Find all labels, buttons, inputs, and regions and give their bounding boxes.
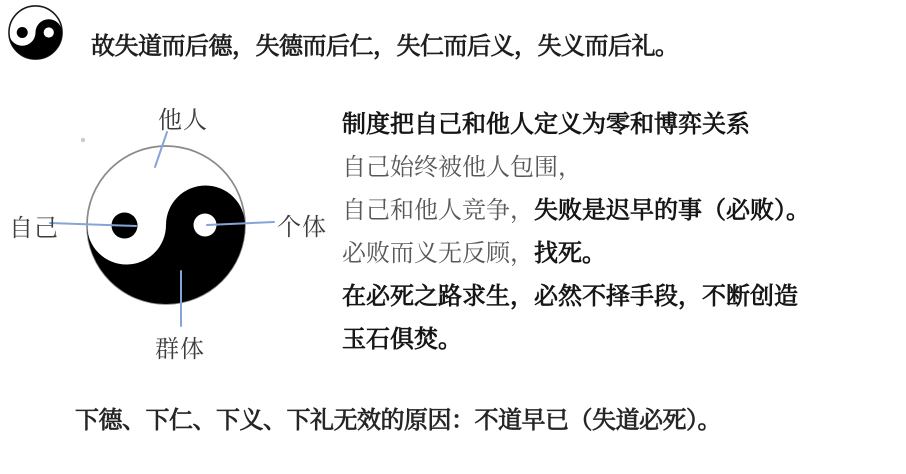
analysis-line: 自己始终被他人包围， bbox=[342, 146, 902, 189]
faint-speck bbox=[81, 138, 85, 142]
analysis-line: 自己和他人竞争，失败是迟早的事（必败）。 bbox=[342, 189, 902, 232]
analysis-text-segment: 在必死之路求生，必然不择手段，不断创造 bbox=[342, 283, 798, 310]
analysis-block: 制度把自己和他人定义为零和博弈关系自己始终被他人包围，自己和他人竞争，失败是迟早… bbox=[342, 103, 902, 361]
analysis-text-segment: 玉石俱焚。 bbox=[342, 326, 462, 353]
conclusion-text: 下德、下仁、下义、下礼无效的原因：不道早已（失道必死）。 bbox=[75, 400, 721, 435]
analysis-line: 必败而义无反顾，找死。 bbox=[342, 232, 902, 275]
diagram-label-self: 自己 bbox=[9, 208, 59, 243]
analysis-text-segment: 找死。 bbox=[534, 240, 606, 267]
analysis-text-segment: 自己始终被他人包围， bbox=[342, 154, 582, 181]
analysis-text-segment: 必败而义无反顾， bbox=[342, 240, 534, 267]
analysis-line: 制度把自己和他人定义为零和博弈关系 bbox=[342, 103, 902, 146]
analysis-text-segment: 失败是迟早的事（必败）。 bbox=[534, 197, 810, 224]
analysis-text-segment: 自己和他人竞争， bbox=[342, 197, 534, 224]
diagram-label-individual: 个体 bbox=[277, 207, 327, 242]
analysis-line: 在必死之路求生，必然不择手段，不断创造 bbox=[342, 275, 902, 318]
yinyang-icon bbox=[7, 4, 64, 61]
slide-canvas: 故失道而后德，失德而后仁，失仁而后义，失义而后礼。 他人 自己 个体 群体 制度… bbox=[0, 0, 906, 474]
analysis-text-segment: 制度把自己和他人定义为零和博弈关系 bbox=[342, 111, 750, 138]
diagram-label-group: 群体 bbox=[155, 329, 205, 364]
diagram-label-others: 他人 bbox=[158, 100, 208, 135]
page-title: 故失道而后德，失德而后仁，失仁而后义，失义而后礼。 bbox=[91, 26, 679, 61]
analysis-line: 玉石俱焚。 bbox=[342, 318, 902, 361]
